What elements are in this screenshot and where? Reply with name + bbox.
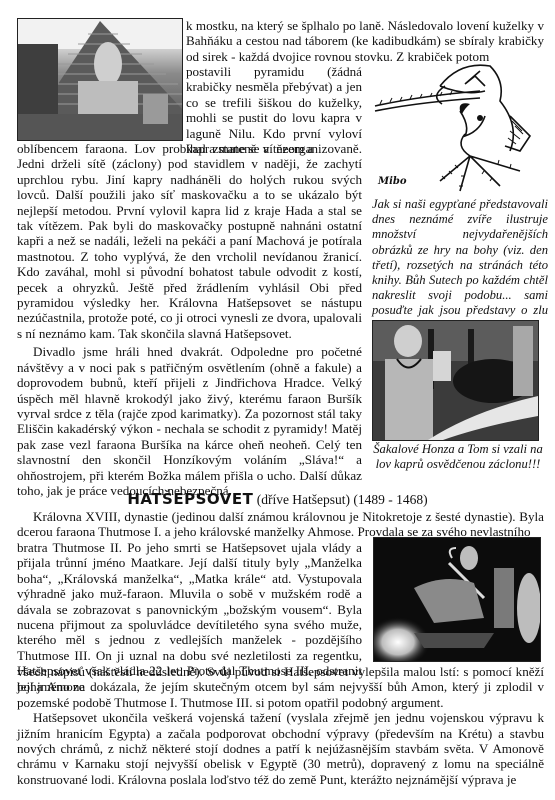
drawing-signature: Mibo <box>377 176 407 187</box>
section-p2: Hatšepsovet ukončila veškerá vojenská ta… <box>17 710 544 787</box>
section-paragraph-end: všech nápisů (naštěstí nedůsledně). Svůj… <box>17 664 544 787</box>
story-p2: Divadlo jsme hráli hned dvakrát. Odpoled… <box>17 344 362 498</box>
section-paragraph-1-full: Královna XVIII, dynastie (jedinou další … <box>17 509 544 540</box>
jackals-photo-icon <box>373 321 538 440</box>
night-photo-icon <box>374 538 540 661</box>
section-subtitle: (dříve Hatšepsut) (1489 - 1468) <box>257 492 428 507</box>
pyramid-photo-icon <box>18 19 182 140</box>
creature-drawing-icon: Mibo <box>370 56 550 196</box>
section-p1-end: všech nápisů (naštěstí nedůsledně). Svůj… <box>17 664 544 710</box>
caption-jackals: Šakalové Honza a Tom si vzali na lov kap… <box>368 442 548 472</box>
section-title: HATŠEPSOVET <box>127 490 253 508</box>
caption-drawing: Jak si naši egypťané představovali dnes … <box>372 197 548 334</box>
drawing-sutech: Mibo <box>370 56 550 196</box>
section-heading: HATŠEPSOVET (dříve Hatšepsut) (1489 - 14… <box>0 490 555 508</box>
story-paragraph-1: oblíbencem faraona. Lov probíhal zmateně… <box>17 141 362 498</box>
photo-jackals <box>372 320 539 441</box>
section-p1-full: Královna XVIII, dynastie (jedinou další … <box>17 509 544 540</box>
document-page: k mostku, na který se šplhalo po laně. N… <box>0 0 555 800</box>
caption-jackals-text: Šakalové Honza a Tom si vzali na lov kap… <box>368 442 548 472</box>
caption-drawing-text: Jak si naši egypťané představovali dnes … <box>372 197 548 334</box>
photo-pyramid <box>17 18 183 141</box>
photo-night <box>373 537 541 662</box>
story-p1-rest: oblíbencem faraona. Lov probíhal zmateně… <box>17 141 362 341</box>
